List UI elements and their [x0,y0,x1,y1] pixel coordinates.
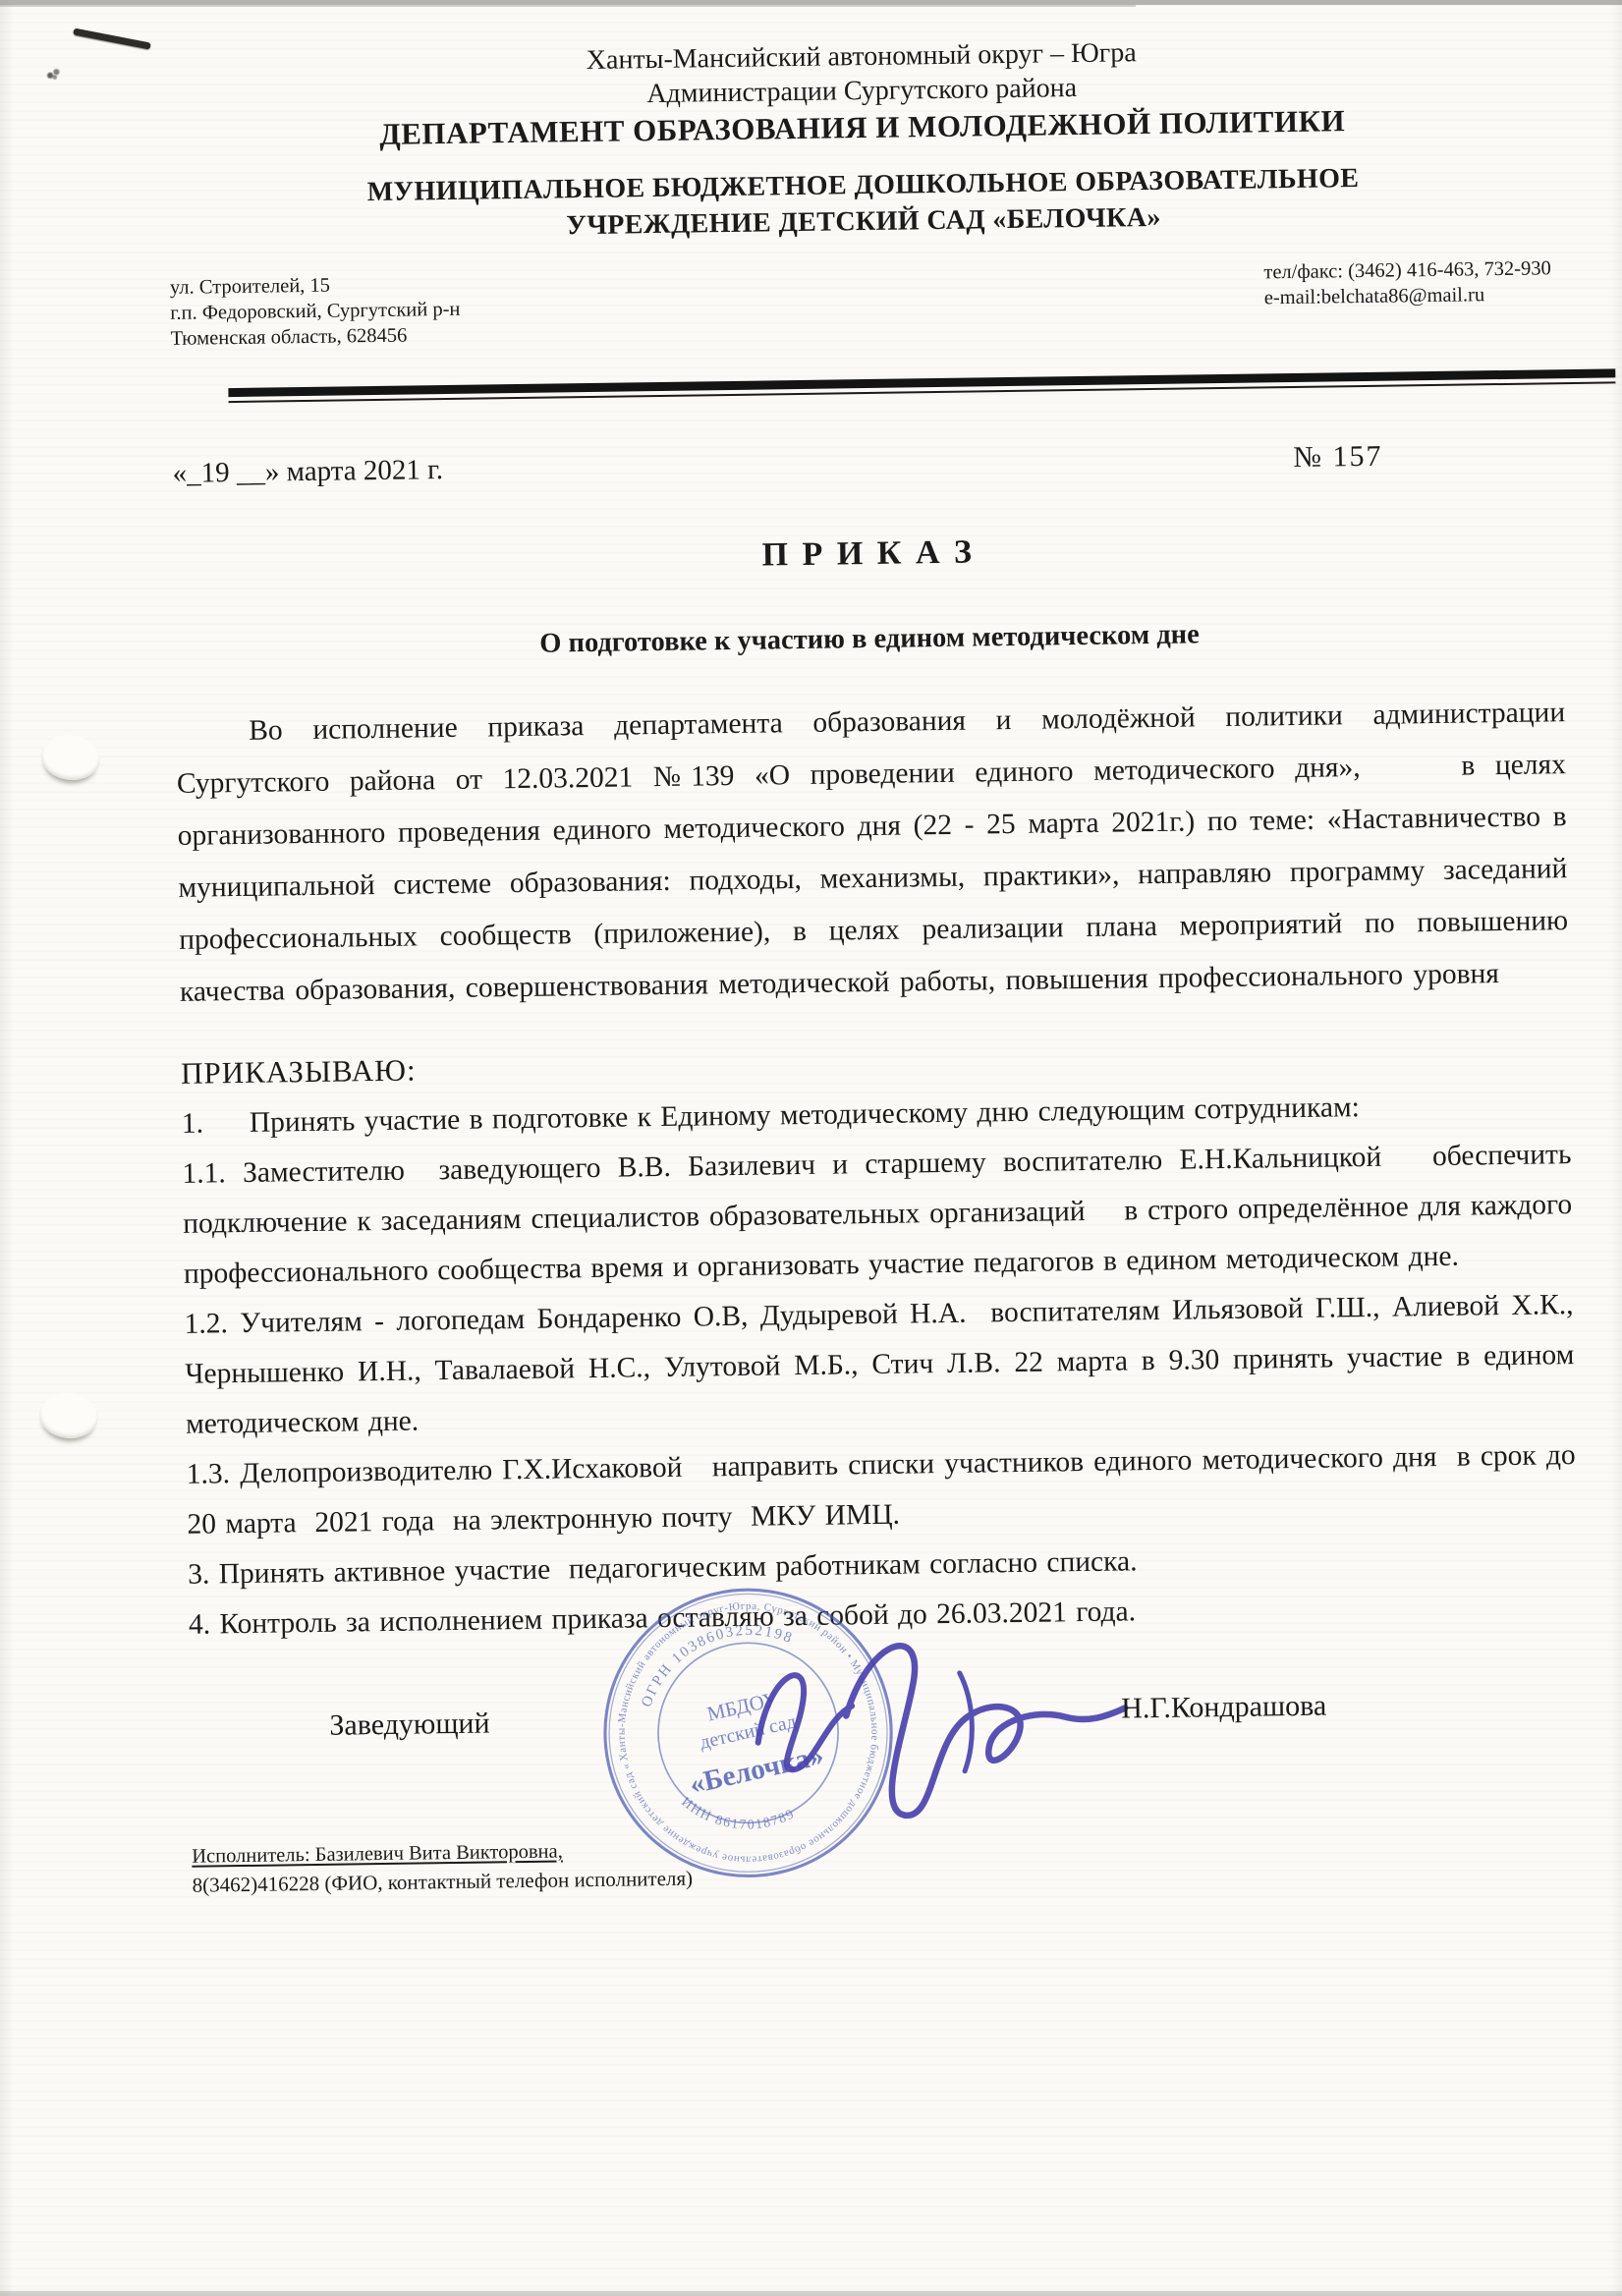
order-title: П Р И К А З [174,526,1563,583]
order-subject: О подготовке к участию в едином методиче… [175,614,1564,665]
order-number: № 157 [1293,437,1562,475]
ink-smudge [42,67,64,84]
order-date: «_19 __» марта 2021 г. [172,454,443,490]
contact-email: e-mail:belchata86@mail.ru [1264,281,1552,310]
address-street: ул. Строителей, 15 [170,271,461,301]
pen-mark [73,28,151,49]
contacts-block: тел/факс: (3462) 416-463, 732-930 e-mail… [1263,255,1559,336]
order-item-1-3: 1.3. Делопроизводителю Г.Х.Исхаковой нап… [186,1430,1576,1550]
order-item-1-1: 1.1. Заместителю заведующего В.В. Базиле… [182,1130,1573,1300]
signatory-name: Н.Г.Кондрашова [1121,1689,1326,1725]
letterhead-separator [228,368,1615,403]
document-content: Ханты-Мансийский автономный округ – Югра… [167,29,1582,1899]
scanned-order-page: Ханты-Мансийский автономный округ – Югра… [0,0,1622,2296]
hole-punch-bottom [37,1390,100,1441]
address-region: Тюменская область, 628456 [170,322,461,352]
date-number-row: «_19 __» марта 2021 г. № 157 [172,437,1561,490]
address-settlement: г.п. Федоровский, Сургутский р-н [170,297,461,326]
scan-top-edge-2 [0,5,1136,7]
scan-bottom-edge [0,2291,1622,2296]
hole-punch-top [39,732,102,783]
signature-block: Ханты-Мансийский автономный округ-Югра, … [190,1664,1581,1831]
handwritten-signature [727,1611,1152,1853]
order-item-1-2: 1.2. Учителям - логопедам Бондаренко О.В… [184,1280,1575,1450]
address-block: ул. Строителей, 15 г.п. Федоровский, Сур… [170,271,461,352]
signatory-position: Заведующий [329,1707,490,1742]
contact-phone: тел/факс: (3462) 416-463, 732-930 [1263,255,1551,285]
letterhead-details: ул. Строителей, 15 г.п. Федоровский, Сур… [170,255,1560,352]
intro-paragraph: Во исполнение приказа департамента образ… [176,687,1569,1019]
